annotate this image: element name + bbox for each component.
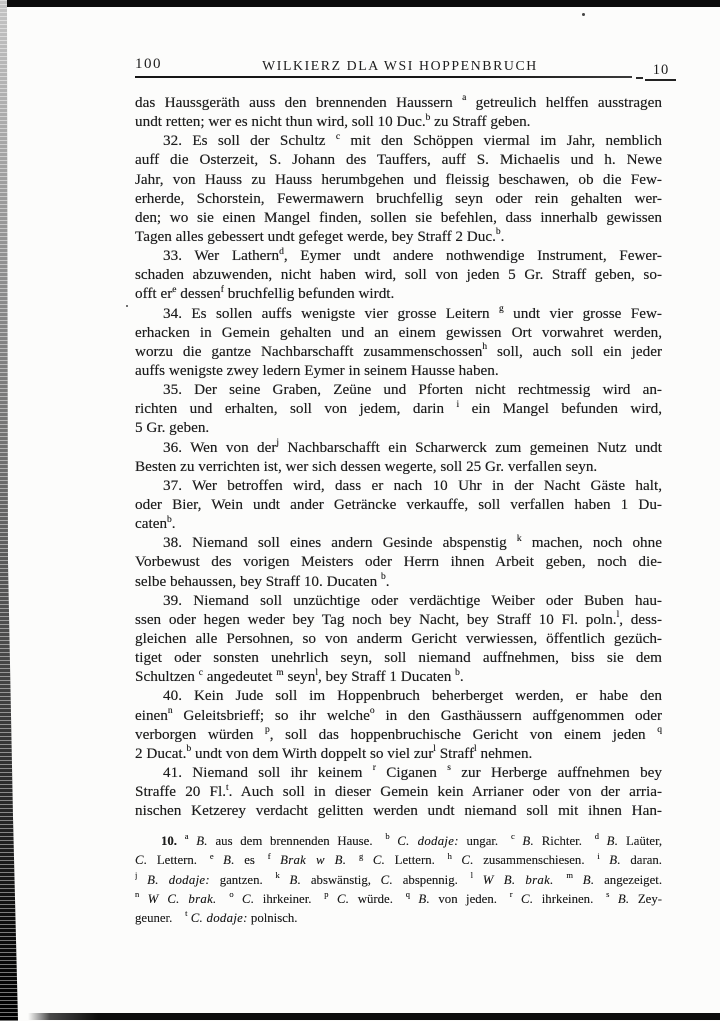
text-line: ssen oder hegen weder bey Tag noch bey N… bbox=[135, 610, 662, 629]
text-line: verborgen würden p, soll das hoppenbruch… bbox=[135, 725, 662, 744]
header-rule-dash bbox=[636, 77, 643, 79]
text-line: 35. Der seine Graben, Zeüne und Pforten … bbox=[135, 380, 662, 399]
text-line: 41. Niemand soll ihr keinem r Ciganen s … bbox=[135, 763, 662, 782]
text-line: das Haussgeräth auss den brennenden Haus… bbox=[135, 93, 662, 112]
text-line: nischen Ketzerey verdacht gelitten werde… bbox=[135, 801, 662, 820]
text-line: 38. Niemand soll eines andern Gesinde ab… bbox=[135, 533, 662, 552]
scan-top-edge bbox=[5, 0, 720, 7]
text-line: gleichen alle Persohnen, so von anderm G… bbox=[135, 629, 662, 648]
text-line: Besten zu verrichten ist, wer sich desse… bbox=[135, 457, 662, 476]
text-line: 5 Gr. geben. bbox=[135, 418, 662, 437]
text-line: erherde, Schorstein, Fewermawern bruchfe… bbox=[135, 189, 662, 208]
text-line: 37. Wer betroffen wird, dass er nach 10 … bbox=[135, 476, 662, 495]
text-line: Schultzen c angedeutet m seynl, bey Stra… bbox=[135, 667, 662, 686]
text-line: den; wo sie einen Mangel finden, sollen … bbox=[135, 208, 662, 227]
footnote-line: j B. dodaje: gantzen. k B. abswänstig, C… bbox=[135, 871, 662, 890]
text-line: offt ere dessenf bruchfellig befunden wi… bbox=[135, 284, 662, 303]
text-line: selbe behaussen, bey Straff 10. Ducaten … bbox=[135, 572, 662, 591]
ink-speck bbox=[126, 305, 128, 307]
header-rule-right bbox=[645, 79, 676, 81]
text-line: auff die Osterzeit, S. Johann des Tauffe… bbox=[135, 150, 662, 169]
scanned-book-page: 100 WILKIERZ DLA WSI HOPPENBRUCH 10 das … bbox=[0, 0, 720, 1021]
text-line: tiget oder sonsten unehrlich seyn, soll … bbox=[135, 648, 662, 667]
text-line: worzu die gantze Nachbarschafft zusammen… bbox=[135, 342, 662, 361]
text-line: schaden abzuwenden, nicht haben wird, so… bbox=[135, 265, 662, 284]
text-line: 34. Es sollen auffs wenigste vier grosse… bbox=[135, 304, 662, 323]
text-line: undt retten; wer es nicht thun wird, sol… bbox=[135, 112, 662, 131]
text-line: erhacken in Gemein gehalten und an einem… bbox=[135, 323, 662, 342]
text-line: Tagen alles gebessert undt gefeget werde… bbox=[135, 227, 662, 246]
text-line: catenb. bbox=[135, 514, 662, 533]
text-line: Jahr, von Hauss zu Hauss herumbgehen und… bbox=[135, 170, 662, 189]
text-line: 39. Niemand soll unzüchtige oder verdäch… bbox=[135, 591, 662, 610]
text-line: 40. Kein Jude soll im Hoppenbruch beherb… bbox=[135, 686, 662, 705]
text-line: 33. Wer Lathernd, Eymer undt andere noth… bbox=[135, 246, 662, 265]
footnotes-block: 10. a B. aus dem brennenden Hause. b C. … bbox=[135, 832, 662, 928]
scan-left-gutter bbox=[0, 0, 18, 1021]
text-line: auffs wenigste zwey ledern Eymer in sein… bbox=[135, 361, 662, 380]
document-number: 10 bbox=[645, 62, 677, 79]
footnote-line: C. Lettern. e B. es f Brak w B. g C. Let… bbox=[135, 851, 662, 870]
footnote-line: geuner. t C. dodaje: polnisch. bbox=[135, 909, 662, 928]
running-title: WILKIERZ DLA WSI HOPPENBRUCH bbox=[150, 58, 650, 74]
text-line: richten und erhalten, soll von jedem, da… bbox=[135, 399, 662, 418]
text-line: 36. Wen von derj Nachbarschafft ein Scha… bbox=[135, 438, 662, 457]
header-rule bbox=[135, 76, 632, 78]
wavy-separator-svg bbox=[135, 830, 662, 831]
footnote-line: 10. a B. aus dem brennenden Hause. b C. … bbox=[135, 832, 662, 851]
text-line: 2 Ducat.b undt von dem Wirth doppelt so … bbox=[135, 744, 662, 763]
wavy-separator bbox=[135, 824, 662, 831]
ink-speck bbox=[582, 13, 585, 16]
text-line: 32. Es soll der Schultz c mit den Schöpp… bbox=[135, 131, 662, 150]
scan-bottom-edge bbox=[28, 1013, 720, 1020]
text-line: oder Bier, Wein undt ander Geträncke ver… bbox=[135, 495, 662, 514]
text-line: Vorbewust des vorigen Meisters oder Herr… bbox=[135, 552, 662, 571]
text-line: einenn Geleitsbrieff; so ihr welcheo in … bbox=[135, 706, 662, 725]
footnote-line: n W C. brak. o C. ihrkeiner. p C. würde.… bbox=[135, 890, 662, 909]
text-line: Straffe 20 Fl.t. Auch soll in dieser Gem… bbox=[135, 782, 662, 801]
body-text: das Haussgeräth auss den brennenden Haus… bbox=[135, 93, 662, 820]
